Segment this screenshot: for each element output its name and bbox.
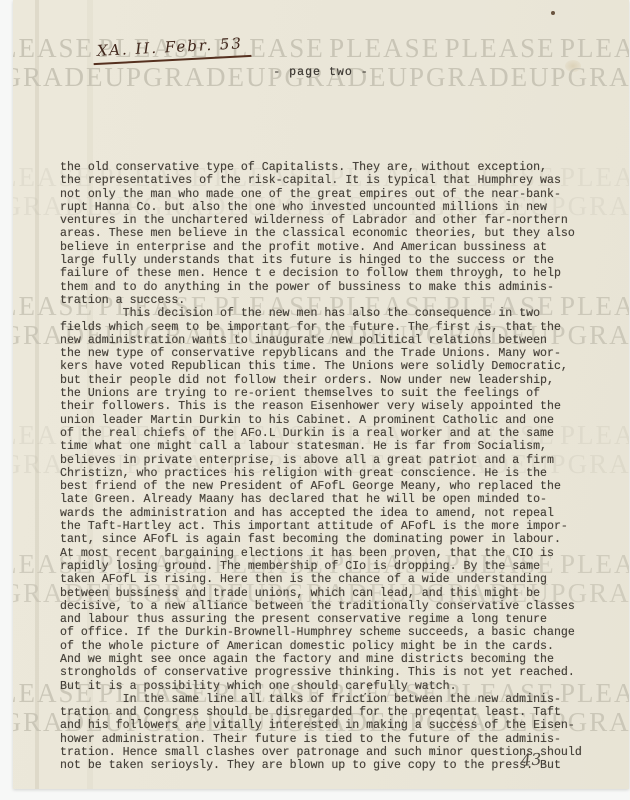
page-number: 43. [520,749,547,770]
paragraph-3: In the same line all talks of fricťion b… [60,693,582,773]
paper: PLEASEPLEASEPLEASEPLEASEPLEASEPLEASE UPG… [13,0,629,789]
paper-crease [35,0,39,789]
watermark-word-please: PLEASE [560,34,629,62]
paragraph-2: This decision of the new men has also th… [60,307,582,693]
scanned-document-page: PLEASEPLEASEPLEASEPLEASEPLEASEPLEASE UPG… [0,0,630,800]
page-header: - page two - [13,66,629,79]
paragraph-1: the old conservative type of Capitalists… [60,161,582,307]
handwritten-annotation: XA. II. Febr. 53 [93,34,252,65]
document-body: the old conservative type of Capitalists… [60,161,582,773]
watermark-word-please: PLEASE [445,34,556,62]
ink-speck [551,11,555,15]
watermark-word-please: PLEASE [13,34,94,62]
watermark-word-please: PLEASE [329,34,440,62]
